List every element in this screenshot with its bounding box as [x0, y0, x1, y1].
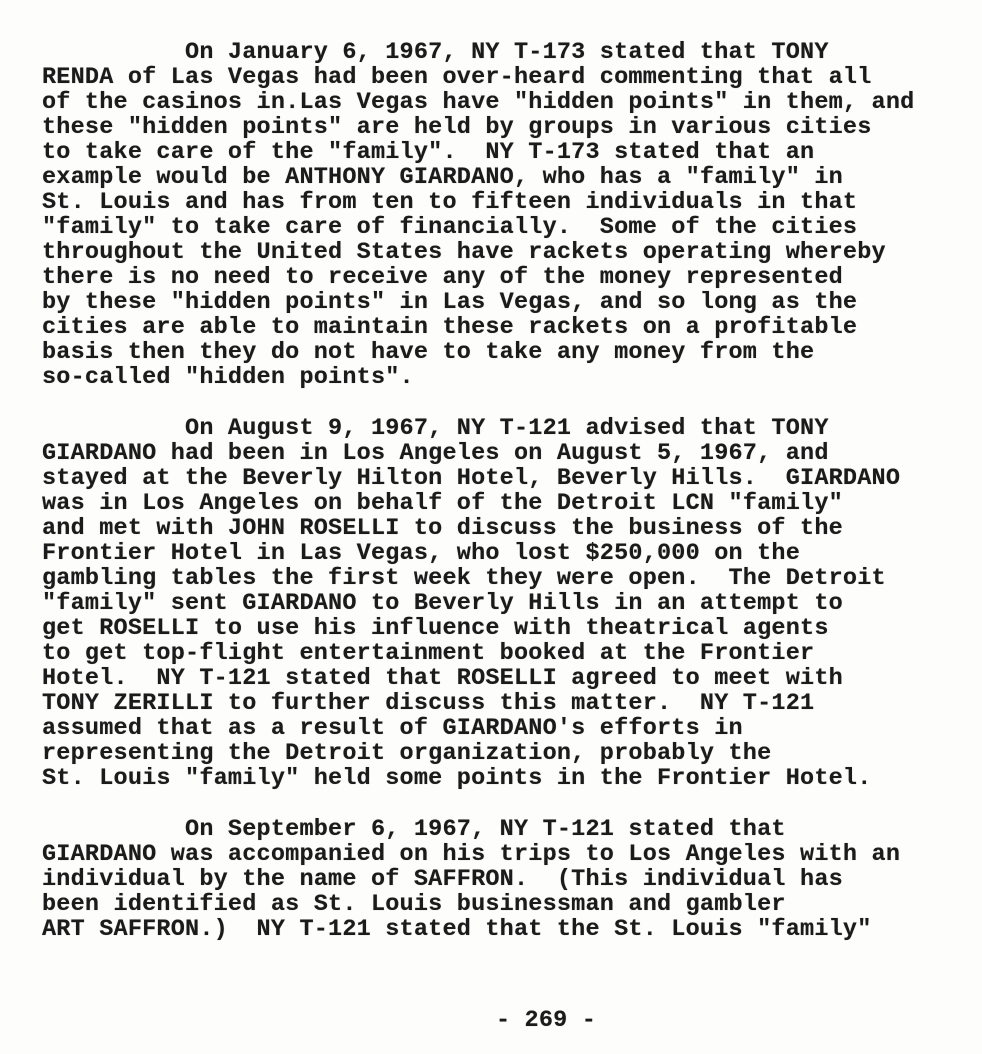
document-page: On January 6, 1967, NY T-173 stated that…: [0, 0, 982, 1054]
paragraph-january-6-1967: On January 6, 1967, NY T-173 stated that…: [42, 40, 956, 390]
page-number: - 269 -: [0, 1008, 982, 1033]
paragraph-august-9-1967: On August 9, 1967, NY T-121 advised that…: [42, 416, 956, 791]
paragraph-september-6-1967: On September 6, 1967, NY T-121 stated th…: [42, 817, 956, 942]
